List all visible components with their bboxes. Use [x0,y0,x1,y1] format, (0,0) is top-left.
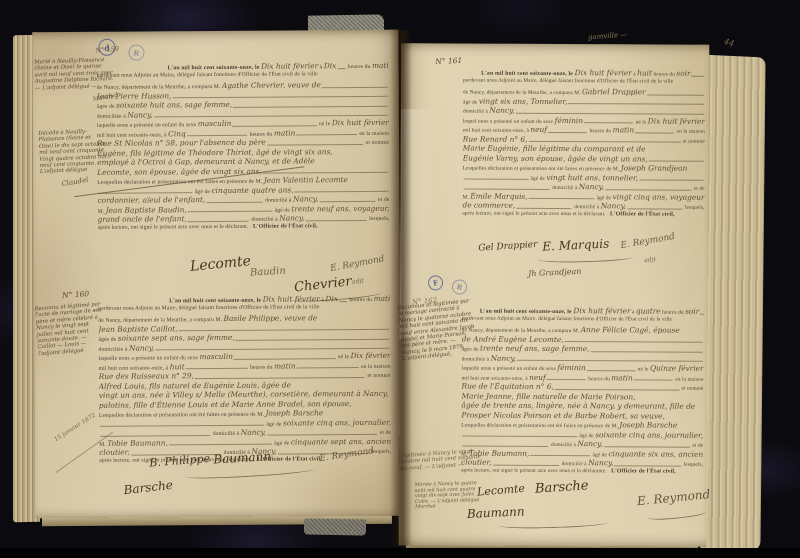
signature: E. Marquis [542,237,610,254]
text-segment: mil huit cent soixante-onze, à [97,132,168,138]
text-segment: Nancy, [279,213,304,222]
text-segment: Nancy, [601,201,626,210]
blank-rule [263,172,389,174]
blank-rule [700,313,704,314]
text-segment: L'Officier de l'État civil, [610,211,675,217]
text-segment: soixante huit ans, sage femme, [116,100,232,110]
text-segment: âgé de [265,421,283,427]
blank-rule [584,122,633,123]
text-segment: domiciliée à [97,113,127,119]
blank-rule [639,179,704,180]
text-segment: Dix huit février [573,306,630,315]
blank-rule [548,131,587,132]
text-segment: soixante sept ans, sage femme, [118,333,235,343]
text-segment: Nancy, [579,182,604,191]
text-segment: né le [636,366,650,372]
text-segment: Agathe Chevrier, veuve de [222,80,321,90]
blank-rule [188,211,273,213]
blank-rule [587,370,636,371]
blank-rule [187,135,247,136]
archival-register-photo: d R N° 159 Marié à Neuilly-Plaisance(Sei… [0,0,800,558]
blank-rule [100,425,264,427]
record-number: N° 160 [62,289,90,300]
margin-diagonal-note: 15 janvier 1872 [53,412,97,443]
blank-rule [295,191,389,193]
text-segment: et nommé [681,138,704,144]
text-segment: domicilié à [549,442,577,448]
text-line: après lecture, ont signé le présent acte… [461,467,703,478]
stamp-letter: R [455,282,463,292]
text-segment: heures du [248,131,274,137]
blank-rule [179,329,390,331]
text-segment: âgée de [462,347,480,353]
text-segment: Joseph Barsche [619,420,677,429]
left-page: d R N° 159 Marié à Neuilly-Plaisance(Sei… [32,30,401,519]
blank-rule [296,134,356,135]
text-segment: Quinze février [650,364,704,373]
blank-rule [232,125,316,127]
blank-rule [529,198,595,199]
signature-flourish [499,518,609,529]
text-segment: lesquels, [682,462,703,468]
text-segment: Gabriel Drappier [582,87,646,96]
text-segment: L'Officier de l'État civil, [611,468,676,474]
text-segment: matin [274,128,296,137]
blank-rule [635,132,674,133]
text-segment: et nommé [366,373,391,379]
text-segment: cinquante quatre ans, [211,185,293,195]
text-segment: Marie Eugénie, fille légitime du compara… [463,144,646,154]
blank-rule [100,435,210,437]
text-segment: domiciliée à [462,356,491,362]
text-segment: mil huit cent soixante-onze, à [99,365,170,371]
text-segment: cloutier, [461,458,492,467]
text-segment: laquelle nous a présenté un enfant du se… [462,366,558,373]
blank-rule [634,379,673,380]
blank-rule [615,465,682,466]
text-segment: féminin [555,116,583,125]
text-segment: domicilié à [264,197,293,203]
text-segment: lequel nous a présenté un enfant du sexe [463,118,555,124]
blank-rule [493,464,560,465]
text-segment: Dix février [351,351,391,360]
text-segment: cloutier, [99,448,130,457]
text-segment: Dix huit février [575,68,632,77]
blank-rule [306,219,367,220]
text-segment: en la maison [674,376,704,382]
blank-rule [555,389,679,391]
text-segment: soir [685,307,699,316]
text-segment: Dix [324,61,337,70]
text-segment: heures du [661,310,685,316]
text-segment: neuf [530,125,547,134]
text-segment: Dix [325,294,338,303]
text-segment: Nancy, [241,428,266,437]
text-segment: Jean Baptiste Baudin, [106,205,187,215]
text-segment: domicilié à [551,185,579,191]
text-segment: Jean Valentin Lecomte [264,175,348,185]
blank-rule [236,338,390,340]
text-segment: M. [462,194,470,200]
text-segment: M. [98,208,106,214]
text-segment: âgé de [463,99,479,105]
text-segment: Jean Pierre Husson, [97,91,172,101]
text-segment: M. [99,441,107,447]
text-segment: Joseph Barsche [265,408,323,417]
record-number: N° 161 [435,56,462,66]
archive-stamp-circle: R [450,278,469,297]
blank-rule [195,376,365,378]
record-number: N° 159 [95,45,119,55]
blank-rule [464,188,550,189]
text-segment: Marie Jeanne, fille naturelle de Marie P… [461,391,635,401]
birth-record-160: L'an mil huit cent soixante-onze, le Dix… [98,294,391,467]
text-segment: matin [274,361,296,370]
blank-rule [568,103,704,105]
text-segment: domicilié à [463,109,489,115]
blank-rule [322,86,388,87]
signature-flourish [647,508,707,522]
text-segment: trente neuf ans, sage femme, [480,344,590,354]
blank-rule [188,220,249,221]
text-segment: Dix huit février [261,61,318,70]
text-segment: en la maison [358,130,389,136]
text-segment: Dix huit février [263,294,320,303]
text-segment: cordonnier, aïeul de l'enfant, [97,195,205,205]
text-segment: né le [317,121,331,127]
blank-rule [339,301,347,302]
birth-record-159: L'an mil huit cent soixante-onze, le Dix… [97,61,390,234]
text-segment: âgé de [591,452,608,458]
text-segment: heures du [588,128,612,134]
text-segment: heures du [346,64,372,70]
signature-flourish [538,253,634,264]
blank-rule [627,208,683,209]
blank-rule [649,160,704,161]
text-segment: vingt cinq ans, voyageur [613,192,705,201]
blank-rule [337,68,345,69]
blank-rule [462,436,577,438]
text-segment: matin [613,125,635,134]
text-segment: et de [377,197,390,203]
blank-rule [692,75,705,76]
blank-rule [169,444,272,446]
text-segment: de commerce, [462,201,515,210]
blank-rule [528,141,680,143]
officer-signature-suffix: adjt [352,277,364,285]
officer-signature: E. Reymond [636,487,710,508]
text-segment: et de [692,186,704,192]
signature: Jh Grandjean [528,267,582,279]
blank-rule [565,341,703,343]
text-segment: grand oncle de l'enfant, [98,214,187,224]
text-segment: quatre [636,306,661,315]
right-page: N° 161 L'an mil huit cent soixante-onze,… [399,43,710,547]
text-line: après lecture, ont signé le présent acte… [462,210,704,221]
blank-rule [186,368,248,369]
text-segment: huit [170,362,185,371]
text-segment: Eugénie Varny, son épouse, âgée de vingt… [463,153,648,163]
text-segment: soixante cinq ans, journalier, [595,430,703,440]
bookmark-tab-bottom [304,518,366,535]
blank-rule [590,351,702,353]
text-segment: huit [637,68,652,77]
text-segment: masculin [199,352,233,361]
blank-rule [233,105,388,107]
text-segment: Rue des Ruisseaux n° 29, [99,371,194,381]
text-segment: domicilié à [250,217,279,223]
text-segment: cinquante sept ans, ancien [291,436,391,446]
signature: Baudin [250,266,286,279]
text-segment: Nancy, [489,106,514,115]
text-segment: heures du [348,297,374,303]
text-segment: vingt six ans, Tonnelier, [479,96,568,105]
blank-rule [547,379,586,380]
stamp-letter: F [432,278,439,288]
blank-rule [267,433,377,435]
signature: Baumann [467,504,525,521]
text-segment: de André Eugène Lecomte, [462,334,564,344]
text-segment: Anne Félicie Cagé, épouse [581,325,680,335]
blank-rule [172,96,387,99]
margin-signature: Claudel [61,176,89,188]
text-segment: Émile Marquis, [470,191,527,200]
text-segment: âgé de [193,189,211,195]
text-segment: après lecture, ont signé le présent acte… [461,467,611,474]
text-segment: après lecture, ont signé le présent acte… [462,210,610,217]
text-segment: mil huit cent soixante-onze, à [463,128,531,134]
blank-rule [98,192,192,194]
signature: Lecomte [477,482,526,499]
text-segment: domiciliée à [99,346,129,352]
birth-record-162: L'an mil huit cent soixante-onze, le Dix… [461,306,704,478]
text-segment: âgé de [595,195,612,201]
blank-rule [319,200,375,201]
blank-rule [517,360,703,362]
text-segment: L'Officier de l'État civil, [253,223,318,229]
text-segment: trente neuf ans, voyageur, [291,203,389,213]
text-segment: âgée de [97,104,116,110]
text-segment: domicilié à [573,204,601,210]
text-segment: Nancy, [293,194,318,203]
text-segment: Dix huit février [648,116,705,125]
signature: Lecomte [189,253,251,275]
blank-rule [647,94,704,95]
text-segment: en la maison [675,129,705,135]
text-segment: Prosper Nicolas Poirson et de Barbe Robe… [461,410,665,420]
text-segment: et de [691,443,703,449]
text-segment: Rue Renard n° 6, [463,134,528,143]
text-segment: lesquels, [368,216,390,222]
text-segment: heures du [248,364,274,370]
officer-signature: E. Reymond [620,232,676,251]
text-segment: Nancy, [127,110,152,119]
text-segment: Tobie Baumann, [107,438,168,447]
text-segment: Cinq [168,129,186,138]
signature: Barsche [123,478,174,497]
text-segment: heures du [587,376,611,382]
text-line: après lecture, ont signé le présent acte… [98,222,390,234]
blank-rule [516,207,572,208]
text-segment: féminin [557,363,585,372]
text-segment: L'an mil huit cent soixante-onze, le [481,71,575,77]
page-edge-stack-right [700,55,765,552]
officer-signature-suffix: adjt [644,256,656,264]
signature: Gel Drappier [478,240,538,254]
blank-rule [297,367,359,368]
text-segment: Nancy, [491,353,516,362]
blank-rule [155,348,389,351]
officer-signature: E. Reymond [329,254,385,274]
signature-flourish [185,465,315,481]
blank-rule [604,446,690,447]
blank-rule [154,115,388,118]
text-segment: heures du [652,72,676,78]
blank-rule [516,112,704,114]
blank-rule [464,179,529,180]
text-segment: âgé de [578,433,595,439]
text-segment: âgé de [273,207,291,213]
text-segment: âgé de [529,175,546,181]
text-segment: neuf [529,372,546,381]
blank-rule [234,358,335,360]
blank-rule [462,445,548,446]
text-segment: après lecture, ont signé le présent acte… [98,223,253,230]
text-segment: matin [611,373,633,382]
text-segment: pardevant nous Adjoint au Maire, délégué… [463,77,673,84]
text-segment: né le [634,119,648,125]
blank-rule [267,143,364,145]
text-segment: pardevant nous Adjoint au Maire, délégué… [462,315,672,322]
text-segment: Nancy, [129,343,154,352]
text-segment: Tobie Baumann, [469,448,530,457]
text-segment: M. [461,451,469,457]
text-segment: L'an mil huit cent soixante-onze, le [480,309,574,315]
blank-rule [530,455,590,456]
text-segment: et nommé [364,140,389,146]
text-segment: masculin [198,119,232,128]
text-segment: Lecomte, son épouse, âgée de vingt six a… [97,166,262,176]
text-segment: âgée de [98,337,117,343]
text-segment: âgé de [273,440,291,446]
photo-bottom-edge [0,548,800,558]
text-segment: pardevant nous Adjoint au Maire, délégué… [98,304,319,312]
blank-rule [605,189,691,190]
book-gutter-shadow [390,30,412,546]
text-segment: Rue de l'Équitation n° 6, [461,382,553,391]
text-segment: Nancy, [577,439,602,448]
birth-record-161: L'an mil huit cent soixante-onze, le Dix… [462,68,705,221]
text-segment: en la maison [359,363,390,369]
text-segment: et nommé [680,386,703,392]
text-segment: né le [336,354,350,360]
text-segment: domicilié à [560,461,588,467]
text-segment: lesquels, [684,205,705,211]
text-segment: mil huit cent soixante-onze, à [462,375,530,381]
blank-rule [206,201,262,202]
text-segment: Jean Baptiste Caillot, [98,324,177,334]
text-segment: Dix huit février [332,118,389,127]
text-segment: Rue St Nicolas n° 58, pour l'absence du … [97,138,266,148]
text-segment: Joseph Grandjean [621,163,688,172]
text-segment: matin [374,294,392,303]
text-segment: domicilié à [211,431,240,437]
text-segment: Nancy, [588,458,613,467]
signature: Barsche [535,478,589,496]
archive-stamp-circle: F [426,274,444,292]
text-segment: Basile Philippe, veuve de [224,313,318,323]
text-segment: vingt huit ans, tonnelier, [546,172,638,181]
text-segment: cinquante six ans, ancien [608,449,703,458]
text-segment: soir [676,69,690,78]
text-segment: soixante cinq ans, journalier, [283,417,391,427]
text-segment: pardevant nous Adjoint au Maire, délégué… [97,71,318,79]
text-segment: matin [372,61,390,70]
